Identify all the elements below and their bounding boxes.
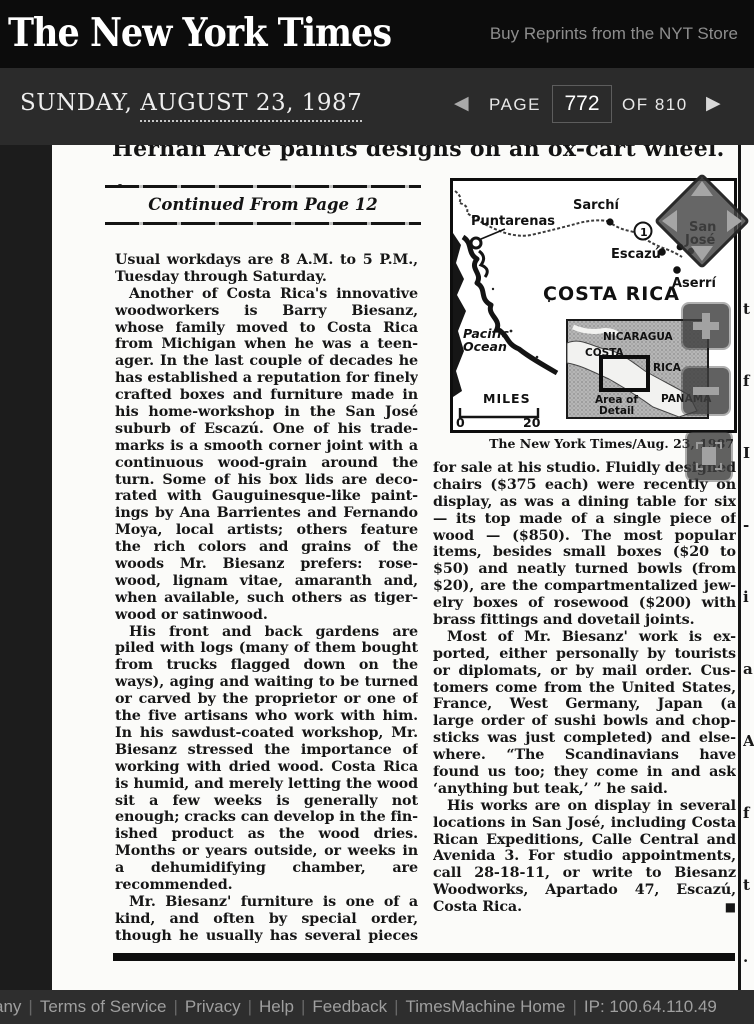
article-line: ported, either personally by tourists [433,646,736,663]
footer-separator: | [301,997,305,1017]
right-column: for sale at his studio. Fluidly designed… [433,460,736,899]
footer-separator: | [28,997,32,1017]
article-line: items, besides small boxes ($20 to [433,544,736,561]
article-line: wood — ($850). The most popular [433,528,736,545]
article-line: Mr. Biesanz' furniture is one of a [115,894,418,911]
zoom-in-button[interactable] [683,304,729,348]
edge-fragment-glyph: a [743,660,754,678]
map-label-ocean-2: Ocean [463,339,507,354]
edge-fragment-glyph: A [743,732,754,750]
issue-date-day: SUNDAY, [20,90,132,116]
article-line: from Michigan when he was a teen- [115,336,418,353]
edge-fragment-glyph: t [743,300,754,318]
article-line: $50) and neatly turned bowls (from [433,561,736,578]
continued-label: Continued From Page 12 [105,188,421,222]
article-line: ished product as the wood dries. [115,826,418,843]
article-line: where. “The Scandinavians have [433,747,736,764]
article-line: piled with logs (many of them bought [115,640,418,657]
article-line: sticks was just completed) and else- [433,730,736,747]
article-line: $20), are the compartmentalized jew- [433,578,736,595]
issue-date[interactable]: SUNDAY, AUGUST 23, 1987 [20,90,362,116]
page-total-label: OF 810 [622,95,688,115]
clipped-headline: Hernan Arce paints designs on an ox-cart… [112,145,752,162]
footer-separator: | [394,997,398,1017]
article-line: large order of sushi bowls and chop- [433,713,736,730]
article-line: His front and back gardens are [115,624,418,641]
timesmachine-viewer: The New York Times Buy Reprints from the… [0,0,754,1024]
newspaper-page[interactable]: Hernan Arce paints designs on an ox-cart… [52,145,754,990]
article-line: though he usually has several pieces [115,928,418,945]
article-line: ways), aging and waiting to be turned [115,674,418,691]
rule-bottom [105,222,421,225]
article-line: or carved by the proprietor or one of [115,691,418,708]
article-line: display, as was a dining table for six [433,494,736,511]
inset-label-costa: COSTA [585,347,625,359]
article-line: the five artisans who work with him. [115,708,418,725]
article-line: enough; cracks can develop in the fin- [115,809,418,826]
article-line: Usual workdays are 8 A.M. to 5 P.M., [115,252,418,269]
inset-label-nicaragua: NICARAGUA [603,331,674,343]
nyt-logo[interactable]: The New York Times [8,10,391,56]
edge-fragment-glyph: f [743,804,754,822]
pan-control[interactable] [653,172,751,270]
toolbar: SUNDAY, AUGUST 23, 1987 ◀ PAGE OF 810 ▶ [0,68,754,145]
edge-fragment-glyph: f [743,372,754,390]
article-line: a dehumidifying chamber, are [115,860,418,877]
footer-link[interactable]: Privacy [185,997,241,1017]
footer-separator: | [248,997,252,1017]
previous-page-button[interactable]: ◀ [454,92,469,115]
map-label-country: COSTA RICA [543,283,680,305]
article-line: from trucks flagged down on the high- [115,657,418,674]
article-line: kind, and often by special order, [115,911,418,928]
issue-date-underlined[interactable]: AUGUST 23, 1987 [140,90,362,122]
edge-fragment-glyph: - [743,516,754,534]
pan-up-arrow-icon[interactable] [691,181,713,196]
article-line: the rich colors and grains of the [115,539,418,556]
article-line: wood or satinwood. [115,607,418,624]
article-line: wood, lignam vitae, amaranth and, [115,573,418,590]
continued-from-box: Continued From Page 12 [105,185,421,225]
footer-link[interactable]: any [0,997,21,1017]
map-label-sarchi: Sarchí [573,198,621,213]
edge-fragment-glyph: i [743,588,754,606]
header-bar: The New York Times Buy Reprints from the… [0,0,754,68]
article-line: Rican Expeditions, Calle Central and [433,832,736,849]
article-line: crafted boxes and furniture made in [115,387,418,404]
article-line: Moya, local artists; others feature [115,522,418,539]
article-line: suburb of Escazú. One of his trade- [115,421,418,438]
page-label: PAGE [489,95,541,115]
buy-reprints-link[interactable]: Buy Reprints from the NYT Store [490,24,738,44]
fullscreen-icon [698,444,720,468]
fullscreen-button[interactable] [687,432,731,480]
edge-fragment-glyph: . [743,948,754,966]
article-bottom-rule [113,953,735,961]
article-line: locations in San José, including Costa [433,815,736,832]
article-line: In his sawdust-coated workshop, Mr. [115,725,418,742]
article-line: ager. In the last couple of decades he [115,353,418,370]
pan-left-arrow-icon[interactable] [662,210,677,232]
article-line: when available, such others as tiger- [115,590,418,607]
article-line: ‘anything but teak,’ ” he said. [433,781,736,798]
article-line: — its top made of a single piece of [433,511,736,528]
footer-link[interactable]: Help [259,997,294,1017]
article-line: Tuesday through Saturday. [115,269,418,286]
article-line: woodworkers is Barry Biesanz, [115,303,418,320]
inset-label-area-2: Detail [599,405,634,417]
article-line: or diplomats, or by mail order. Cus- [433,663,736,680]
footer-ip-address: IP: 100.64.110.49 [584,997,717,1017]
article-end-mark: ■ [725,899,736,916]
article-line: Biesanz stressed the importance of [115,742,418,759]
article-line: Most of Mr. Biesanz' work is ex- [433,629,736,646]
left-column: Usual workdays are 8 A.M. to 5 P.M.,Tues… [115,252,418,945]
article-line: continuous wood-grain around the [115,455,418,472]
article-line: Months or years outside, or weeks in [115,843,418,860]
footer-separator: | [173,997,177,1017]
article-line: tomers come from the United States, [433,680,736,697]
map-scale-start: 0 [456,415,465,430]
article-line: Avenida 3. For studio appointments, [433,848,736,865]
article-line: woods Mr. Biesanz prefers: rose- [115,556,418,573]
footer-link[interactable]: TimesMachine Home [406,997,566,1017]
article-line: Woodworks, Apartado 47, Escazú, [433,882,736,899]
article-line: call 28-18-11, or write to Biesanz [433,865,736,882]
article-last-line-text: Costa Rica. [433,899,522,916]
inset-label-rica: RICA [653,362,682,374]
footer-link[interactable]: Feedback [312,997,387,1017]
article-line: whose family moved to Costa Rica [115,320,418,337]
pan-right-arrow-icon[interactable] [727,210,742,232]
article-line: found us too; they come in and ask for [433,764,736,781]
route-1-shield: 1 [640,226,648,239]
article-line: elry boxes of rosewood ($200) with [433,595,736,612]
page-viewer[interactable]: Hernan Arce paints designs on an ox-cart… [0,145,754,990]
page-number-input[interactable] [552,85,612,123]
article-line: rated with Gauguinesque-like paint- [115,488,418,505]
footer-separator: | [572,997,576,1017]
article-line: is humid, and merely letting the wood [115,776,418,793]
article-line: turn. Some of his box lids are deco- [115,472,418,489]
pan-down-arrow-icon[interactable] [691,246,713,261]
article-line: Another of Costa Rica's innovative [115,286,418,303]
article-line: marks is a smooth corner joint with a [115,438,418,455]
article-line: has established a reputation for finely [115,370,418,387]
footer-link[interactable]: Terms of Service [40,997,167,1017]
article-line: His works are on display in several [433,798,736,815]
article-line: sit a few weeks is generally not [115,793,418,810]
map-label-puntarenas: Puntarenas [471,214,555,229]
article-line: his home-workshop in the San José [115,404,418,421]
edge-fragment-glyph: I [743,444,754,462]
footer-bar: any|Terms of Service|Privacy|Help|Feedba… [0,990,754,1024]
article-line: recommended. [115,877,418,894]
article-line: France, West Germany, Japan (a [433,696,736,713]
right-column-wrap: for sale at his studio. Fluidly designed… [433,460,736,916]
article-line: brass fittings and dovetail joints. [433,612,736,629]
article-line: working with dried wood. Costa Rica [115,759,418,776]
article-line: ings by Ana Barrientes and Fernando [115,505,418,522]
column-divider-rule [738,145,741,990]
map-scale-end: 20 [523,415,541,430]
next-page-button[interactable]: ▶ [706,92,721,115]
article-last-line: Costa Rica. ■ [433,899,736,916]
zoom-out-button[interactable] [683,368,729,414]
edge-fragment-glyph: t [743,876,754,894]
map-scale-label: MILES [483,391,531,406]
